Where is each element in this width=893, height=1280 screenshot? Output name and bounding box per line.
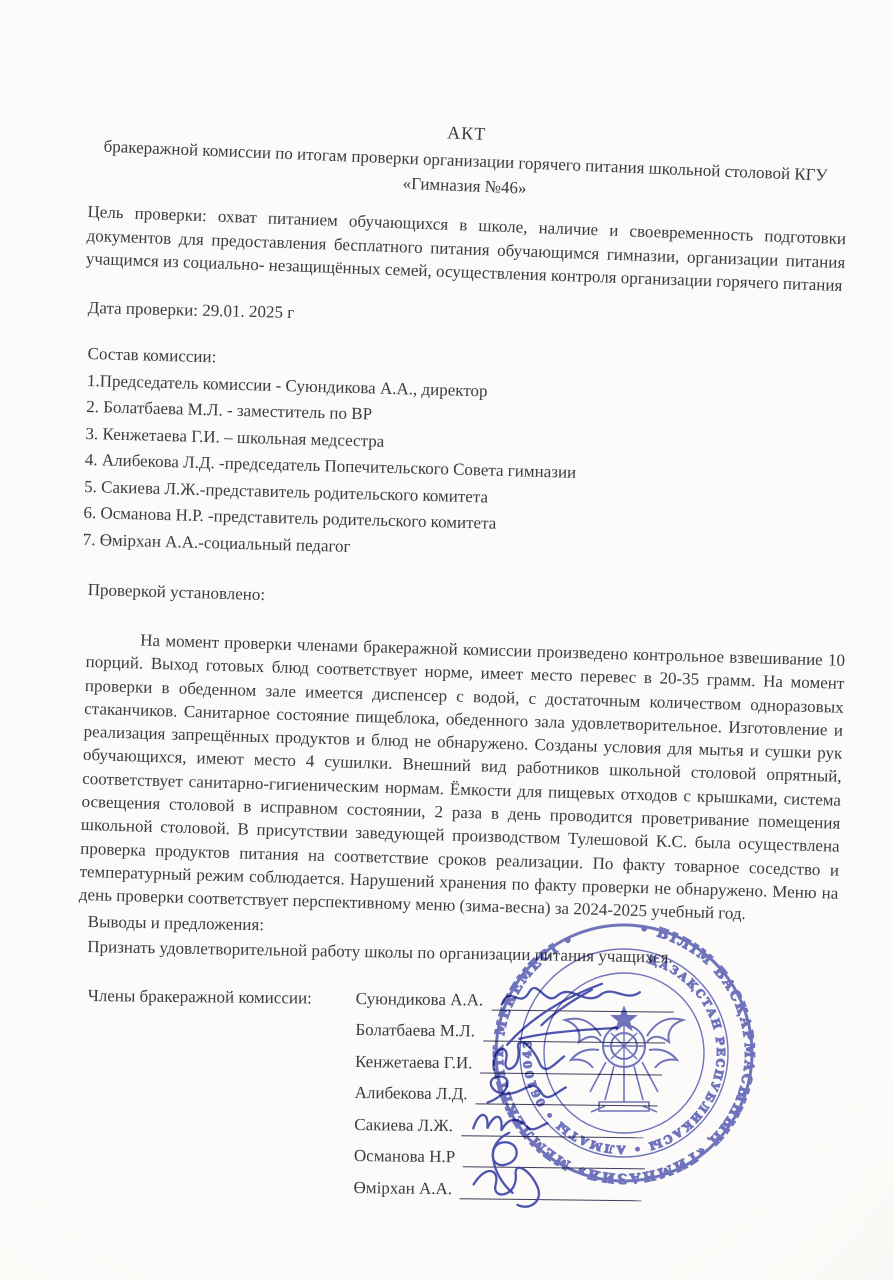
- document-sheet: АКТ бракеражной комиссии по итогам прове…: [0, 0, 893, 1280]
- signatory-name: Османова Н.Р: [354, 1146, 460, 1167]
- purpose-paragraph: Цель проверки: охват питанием обучающихс…: [85, 200, 846, 298]
- signatures-label: Члены бракеражной комиссии:: [88, 986, 356, 1009]
- findings-section: Проверкой установлено: На момент проверк…: [79, 580, 847, 928]
- signatory-name: Суюндикова А.А.: [356, 989, 489, 1011]
- signature-line: [460, 1174, 642, 1201]
- signature-indent: [85, 1195, 353, 1198]
- commission-section: Состав комиссии: 1.Председатель комиссии…: [82, 341, 846, 573]
- signatory-name: Өмірхан А.А.: [353, 1178, 457, 1199]
- inspection-date: Дата проверки: 29.01. 2025 г: [88, 298, 847, 337]
- signatures-section: Члены бракеражной комиссии: Суюндикова А…: [85, 974, 846, 1203]
- signatory-name: Болатбаева М.Л.: [355, 1020, 480, 1041]
- signatory-name: Кенжетаева Г.И.: [355, 1052, 478, 1073]
- commission-list: 1.Председатель комиссии - Суюндикова А.А…: [82, 367, 846, 572]
- document-photo: АКТ бракеражной комиссии по итогам прове…: [0, 0, 893, 1280]
- signatory-name: Алибекова Л.Д.: [355, 1083, 473, 1104]
- signature-mark: [466, 1160, 587, 1217]
- findings-heading: Проверкой установлено:: [87, 580, 846, 622]
- signatory-name: Сакиева Л.Ж.: [354, 1115, 458, 1136]
- findings-paragraph: На момент проверки членами бракеражной к…: [79, 626, 846, 927]
- document-header: АКТ бракеражной комиссии по итогам прове…: [85, 106, 846, 213]
